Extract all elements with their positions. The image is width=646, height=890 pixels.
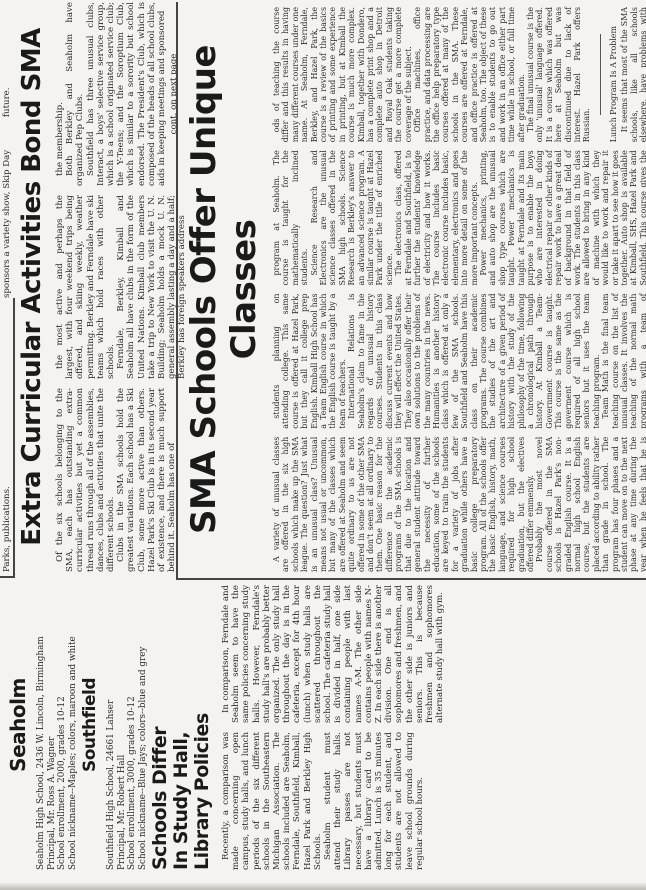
lunch-headline: Lunch Program Is A Problem [609,7,618,142]
paragraph: students planning on attending college. … [272,294,347,429]
paragraph: Probably the most novel course offered i… [535,437,646,572]
headline-line: Library Policies [192,585,213,870]
extra-col-1: Of the six schools belonging to the SMA,… [55,388,188,572]
southfield-line: Principal, Mr. Robert Hall [117,580,128,870]
strip-text: future. [2,87,12,117]
paragraph: It seems that most of the SMA schools, l… [620,7,646,142]
unique-classes-article: SMA Schools Offer Unique Classes A varie… [184,7,646,572]
unique-classes-headline: SMA Schools Offer Unique Classes [184,7,264,572]
southfield-line: School enrollment, 3000, grades 10-12 [127,580,138,870]
paragraph: Office machines, office practice, and da… [413,7,526,142]
southfield-heading: Southfield [80,580,100,870]
unique-col-4: ods of teaching the course differ and th… [272,7,646,142]
paragraph: In comparison, Ferndale and Seaholm seem… [221,585,445,723]
southfield-line: School nickname--Blue Jays; colors--blue… [138,580,149,870]
paragraph: program at Seaholm. The course is taught… [272,150,310,285]
unique-box-top-rule [176,2,178,580]
paragraph: Southfield has three unusual clubs, Inte… [86,2,168,186]
extra-col-2: the most active and perhaps the largest,… [55,195,188,379]
southfield-info: Southfield Southfield High School, 24661… [80,580,148,870]
study-hall-article: Schools Differ In Study Hall, Library Po… [150,585,445,870]
paragraph: Seaholm student must attend their study … [323,732,425,870]
paragraph: International Relations is Seaholm's cla… [347,294,601,429]
top-strip-right: sponsors a variety show, Skip Day future… [2,0,12,298]
seaholm-line: School nickname--Maples; colors, maroon … [68,580,79,870]
top-strip-left: Parks, publications. [2,302,12,572]
unique-col-1: A variety of unusual classes are offered… [272,437,646,572]
seaholm-heading: Seaholm [6,580,30,870]
study-hall-headline: Schools Differ In Study Hall, Library Po… [150,585,213,870]
headline-line: In Study Hall, [171,585,192,870]
paragraph: Both Berkley and Seaholm have organized … [65,2,85,186]
strip-text: sponsors a variety show, Skip Day [2,150,12,298]
study-hall-col-2: In comparison, Ferndale and Seaholm seem… [221,585,445,723]
seaholm-info: Seaholm Seaholm High School, 2436 W. Lin… [6,580,78,870]
extra-curricular-headline: Extra Curricular Activities Bond SMA [17,2,47,572]
page-edge-shadow [0,882,646,890]
paragraph: The electronics class, offered at Fernda… [394,150,479,285]
southfield-line: Southfield High School, 24661 Lahser [106,580,117,870]
seaholm-line: Principal, Mr. Ross A. Wagner [47,580,58,870]
strip-text: Parks, publications. [2,486,12,572]
paragraph: Power mechanics, printing, and auto shop… [479,150,646,285]
seaholm-line: School enrollment, 2000, grades 10-12 [57,580,68,870]
headline-line: Schools Differ [150,585,171,870]
newspaper-page: Seaholm Seaholm High School, 2436 W. Lin… [0,0,646,890]
paragraph: Of the six schools belonging to the SMA,… [55,388,116,572]
paragraph: The final unusual course is the only 'un… [526,7,592,142]
paragraph: Team Math is the final team teaching cou… [601,294,646,429]
paragraph: ods of teaching the course differ and th… [272,7,413,142]
paragraph: the most active and perhaps the largest,… [55,195,116,379]
extra-col-3: the membership. Both Berkley and Seaholm… [55,2,188,186]
unique-col-3: program at Seaholm. The course is taught… [272,150,646,285]
paragraph: Recently, a comparison was made concerni… [221,732,323,870]
seaholm-line: Seaholm High School, 2436 W. Lincoln, Bi… [36,580,47,870]
study-hall-col-1: Recently, a comparison was made concerni… [221,732,445,870]
paragraph: Clubs in the SMA schools hold the greate… [116,388,177,572]
section-divider [600,34,601,115]
unique-box-left-rule [176,578,646,580]
paragraph: Science Research and Electronics are the… [310,150,395,285]
paragraph: A variety of unusual classes are offered… [272,437,535,572]
extra-curricular-article: Extra Curricular Activities Bond SMA Of … [17,2,188,572]
unique-col-2: students planning on attending college. … [272,294,646,429]
strip-divider [0,577,14,579]
strip-underline [13,298,15,578]
paragraph: the membership. [55,2,65,186]
